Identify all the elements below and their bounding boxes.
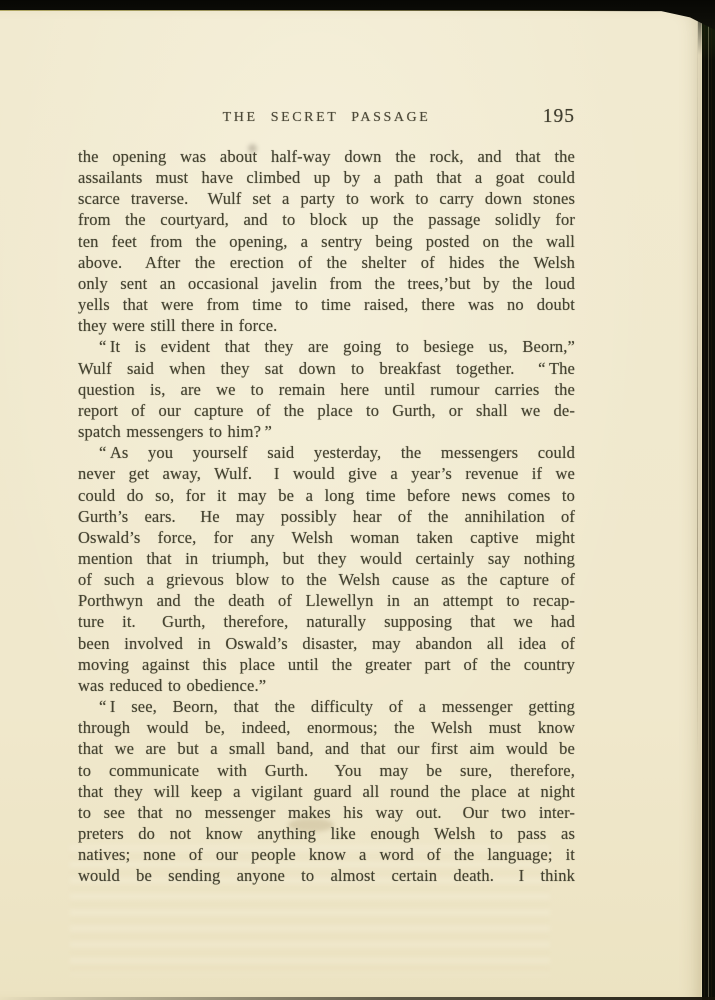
text-line: yells that were from time to time raised… [78, 294, 575, 315]
text-line: to see that no messenger makes his way o… [78, 802, 575, 823]
text-line: scarce traverse. Wulf set a party to wor… [78, 188, 575, 209]
text-line: mention that in triumph, but they would … [78, 548, 575, 569]
text-line: of such a grievous blow to the Welsh cau… [78, 569, 575, 590]
text-line: assailants must have climbed up by a pat… [78, 167, 575, 188]
text-line: to communicate with Gurth. You may be su… [78, 760, 575, 781]
text-line: Gurth’s ears. He may possibly hear of th… [78, 506, 575, 527]
text-line: that they will keep a vigilant guard all… [78, 781, 575, 802]
text-line: spatch messengers to him? ” [78, 421, 575, 442]
running-header: THE SECRET PASSAGE 195 [78, 106, 575, 130]
text-line: never get away, Wulf. I would give a yea… [78, 463, 575, 484]
text-line: from the courtyard, and to block up the … [78, 209, 575, 230]
chapter-title: THE SECRET PASSAGE [78, 110, 575, 126]
text-line: above. After the erection of the shelter… [78, 252, 575, 273]
text-line: “ As you yourself said yesterday, the me… [78, 442, 575, 463]
text-line: “ I see, Beorn, that the difficulty of a… [78, 696, 575, 717]
text-line: preters do not know anything like enough… [78, 823, 575, 844]
text-line: only sent an occasional javelin from the… [78, 273, 575, 294]
text-line: natives; none of our people know a word … [78, 844, 575, 865]
book-scan: THE SECRET PASSAGE 195 the opening was a… [0, 0, 715, 1000]
page-text: the opening was about half-way down the … [78, 146, 575, 886]
text-line: Wulf said when they sat down to breakfas… [78, 358, 575, 379]
text-line: ten feet from the opening, a sentry bein… [78, 231, 575, 252]
text-line: Porthwyn and the death of Llewellyn in a… [78, 590, 575, 611]
text-line: was reduced to obedience.” [78, 675, 575, 696]
text-line: Oswald’s force, for any Welsh woman take… [78, 527, 575, 548]
text-line: that we are but a small band, and that o… [78, 738, 575, 759]
text-line: moving against this place until the grea… [78, 654, 575, 675]
text-line: they were still there in force. [78, 315, 575, 336]
text-line: been involved in Oswald’s disaster, may … [78, 633, 575, 654]
text-line: would be sending anyone to almost certai… [78, 865, 575, 886]
text-line: report of our capture of the place to Gu… [78, 400, 575, 421]
text-line: ture it. Gurth, therefore, naturally sup… [78, 611, 575, 632]
page-top-edge-highlight [0, 10, 645, 12]
page-number: 195 [543, 106, 575, 128]
text-line: question is, are we to remain here until… [78, 379, 575, 400]
text-line: could do so, for it may be a long time b… [78, 485, 575, 506]
text-line: the opening was about half-way down the … [78, 146, 575, 167]
text-line: through would be, indeed, enormous; the … [78, 717, 575, 738]
text-line: “ It is evident that they are going to b… [78, 336, 575, 357]
